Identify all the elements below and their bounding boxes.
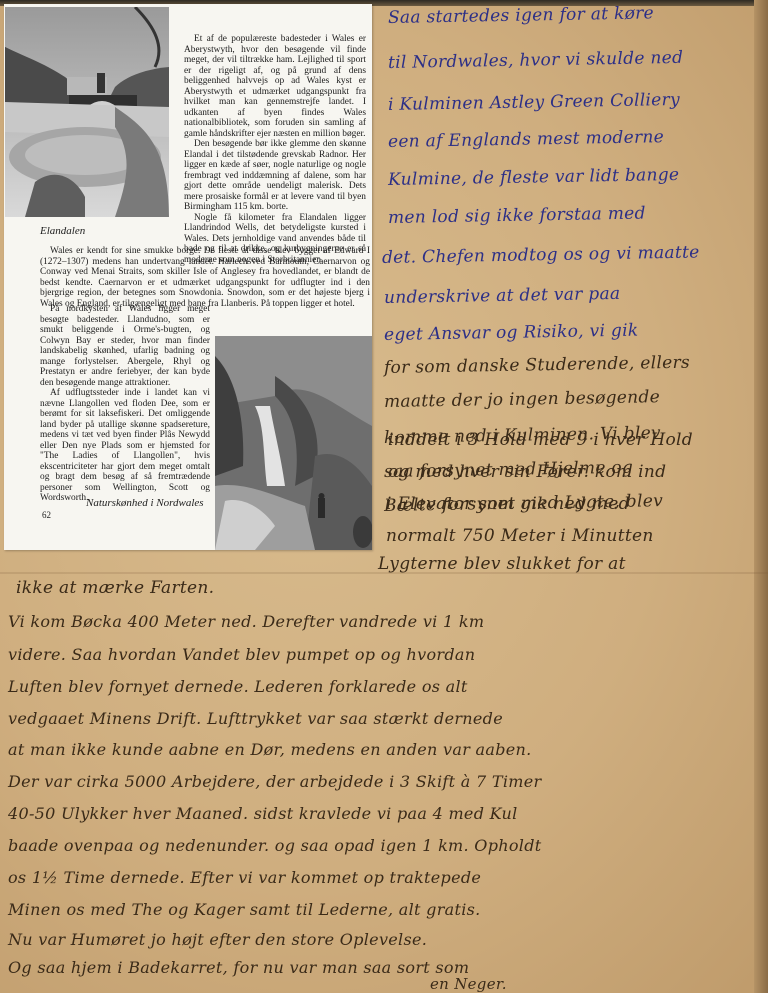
handwritten-line: videre. Saa hvordan Vandet blev pumpet o…: [8, 645, 475, 664]
handwritten-line: Nu var Humøret jo højt efter den store O…: [8, 930, 427, 949]
handwritten-line: en Neger.: [430, 975, 507, 993]
article-column-right: Et af de populæreste badesteder i Wales …: [184, 34, 366, 265]
article-paragraph: Et af de populæreste badesteder i Wales …: [184, 34, 366, 139]
handwritten-line: vedgaaet Minens Drift. Lufttrykket var s…: [8, 709, 503, 728]
handwritten-line: maatte der jo ingen besøgende: [384, 387, 660, 412]
pasted-booklet-clipping: Elandalen Et af de populæreste badestede…: [4, 4, 372, 550]
handwritten-line: men lod sig ikke forstaa med: [388, 204, 646, 228]
article-full-width-paragraph: Wales er kendt for sine smukke borge. De…: [40, 246, 370, 309]
handwritten-line: eget Ansvar og Risiko, vi gik: [384, 321, 639, 345]
handwritten-line: til Nordwales, hvor vi skulde ned: [388, 48, 684, 73]
article-paragraph: På nordkysten af Wales ligger meget besø…: [40, 304, 210, 388]
bridge-landscape-image: [5, 7, 169, 217]
handwritten-line: normalt 750 Meter i Minutten: [386, 526, 654, 546]
handwritten-line: os 1½ Time dernede. Efter vi var kommet …: [8, 868, 481, 887]
handwritten-line: baade ovenpaa og nedenunder. og saa opad…: [8, 836, 542, 855]
handwritten-line: det. Chefen modtog os og vi maatte: [382, 242, 700, 268]
photo-caption-elandalen: Elandalen: [40, 225, 85, 237]
handwritten-line: Minen os med The og Kager samt til Leder…: [8, 900, 481, 919]
handwritten-line: underskrive at det var paa: [384, 284, 621, 308]
handwritten-line: Saa startedes igen for at køre: [388, 3, 654, 28]
handwritten-line: 40-50 Ulykker hver Maaned. sidst kravled…: [8, 804, 518, 823]
article-paragraph: Den besøgende bør ikke glemme den skønne…: [184, 139, 366, 213]
handwritten-line: at man ikke kunde aabne en Dør, medens e…: [8, 740, 532, 759]
article-paragraph: Wales er kendt for sine smukke borge. De…: [40, 246, 370, 309]
handwritten-line: een af Englands mest moderne: [388, 127, 664, 152]
handwritten-line: Luften blev fornyet dernede. Lederen for…: [8, 677, 468, 696]
booklet-page-number: 62: [42, 510, 51, 520]
handwritten-line: Kulmine, de fleste var lidt bange: [388, 165, 680, 190]
scrapbook-page: Elandalen Et af de populæreste badestede…: [0, 0, 768, 993]
handwritten-line: Lygterne blev slukket for at: [378, 554, 626, 574]
article-column-left: På nordkysten af Wales ligger meget besø…: [40, 304, 210, 504]
handwritten-line: Der var cirka 5000 Arbejdere, der arbejd…: [8, 772, 541, 791]
handwritten-line: ikke at mærke Farten.: [16, 578, 214, 598]
photo-elandalen: [5, 7, 169, 217]
waterfall-gorge-image: [215, 336, 372, 550]
handwritten-line: for som danske Studerende, ellers: [384, 353, 690, 378]
photo-waterfall: [215, 336, 372, 550]
article-paragraph: Af udflugtssteder inde i landet kan vi n…: [40, 388, 210, 504]
handwritten-line: inddelt i 3 Hold med 9 i hver Hold: [388, 430, 693, 450]
photo-caption-nordwales: Naturskønhed i Nordwales: [86, 497, 204, 509]
handwritten-line: Og saa hjem i Badekarret, for nu var man…: [8, 958, 469, 977]
handwritten-line: i Elevator som gik ned med: [386, 494, 630, 514]
handwritten-line: Vi kom Bøcka 400 Meter ned. Derefter van…: [8, 612, 484, 631]
handwritten-line: i Kulminen Astley Green Colliery: [388, 90, 680, 115]
page-right-edge: [754, 0, 768, 993]
handwritten-line: og med hver sin Fører. kom ind: [388, 462, 666, 482]
